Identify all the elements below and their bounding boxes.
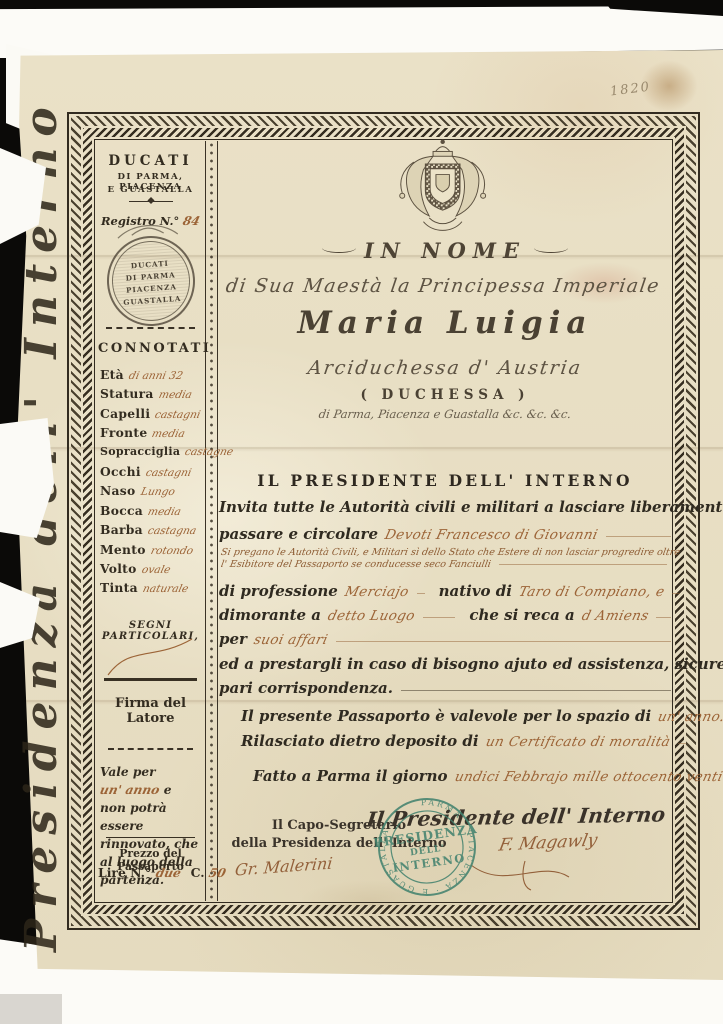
- connotati-value: media: [147, 506, 183, 518]
- connotati-row: Tintanaturale: [100, 580, 203, 599]
- president-signature: F. Magawly: [497, 830, 599, 855]
- ducal-seal: DUCATI DI PARMA PIACENZA GUASTALLA: [104, 233, 198, 329]
- connotati-label: Mento: [100, 542, 146, 557]
- vale-handwritten: un' anno: [98, 781, 162, 799]
- thick-rule: [104, 678, 197, 681]
- sovereign-name: Maria Luigia: [219, 305, 671, 341]
- connotati-row: Barbacastagna: [100, 522, 203, 541]
- connotati-label: Capelli: [100, 406, 150, 421]
- rule-line: [499, 564, 667, 565]
- dashed-rule: [106, 327, 195, 329]
- passare-label: passare e circolare: [219, 525, 378, 543]
- connotati-label: Naso: [100, 483, 136, 498]
- per-value-handwritten: suoi affari: [252, 632, 329, 648]
- coat-of-arms-crest: [385, 137, 501, 241]
- in-nome-heading: IN NOME: [219, 238, 671, 263]
- invitation-line-1: Invita tutte le Autorità civili e milita…: [219, 498, 671, 516]
- connotati-value: naturale: [142, 583, 190, 595]
- presidenza-stamp: PARMA · PIACENZA · E GUASTALLA · PRESIDE…: [373, 793, 481, 901]
- connotati-label: Fronte: [100, 425, 147, 440]
- handwritten-clause-1: Si pregano le Autorità Civili, e Militar…: [220, 547, 668, 558]
- connotati-value: di anni 32: [128, 370, 185, 382]
- swash-ornament: [322, 243, 356, 253]
- connotati-row: Frontemedia: [100, 425, 203, 444]
- main-column: IN NOME di Sua Maestà la Principessa Imp…: [219, 141, 671, 903]
- rule-line: [656, 617, 671, 618]
- connotati-value: Lungo: [139, 486, 176, 498]
- archduchess-line: Arciduchessa d' Austria: [217, 357, 672, 379]
- lire-label: Lire N.°: [98, 865, 151, 880]
- fatto-label: Fatto a Parma il giorno: [253, 767, 448, 785]
- assistance-line-1: ed a prestargli in caso di bisogno ajuto…: [219, 655, 671, 673]
- connotati-label: Occhi: [100, 464, 141, 479]
- connotati-label: Sopracciglia: [100, 445, 180, 458]
- assistance-line-2: pari corrispondenza.: [219, 679, 671, 697]
- territories-line: di Parma, Piacenza e Guastalla &c. &c. &…: [218, 407, 672, 421]
- sidebar-connotati-column: DUCATI DI PARMA, PIACENZA E GUASTALLA Re…: [98, 141, 203, 903]
- deposit-row: Rilasciato dietro deposito di un Certifi…: [219, 732, 671, 750]
- connotati-row: Boccamedia: [100, 503, 203, 522]
- connotati-label: Bocca: [100, 503, 143, 518]
- connotati-row: NasoLungo: [100, 483, 203, 502]
- reca-label: che si reca a: [469, 606, 574, 624]
- professione-label: di professione: [219, 582, 338, 600]
- professione-value-handwritten: Merciajo: [343, 584, 410, 600]
- duchy-title: DUCATI: [98, 153, 203, 169]
- passport-document: DUCATI DI PARMA, PIACENZA E GUASTALLA Re…: [67, 112, 700, 930]
- rule-line: [678, 743, 686, 744]
- connotati-value: castagni: [144, 467, 192, 479]
- bearer-line: passare e circolare Devoti Francesco di …: [219, 525, 671, 543]
- connotati-label: Barba: [100, 522, 143, 537]
- valevole-value-handwritten: un' anno.: [656, 709, 723, 725]
- signature-flourish-icon: [465, 857, 575, 893]
- connotati-row: Staturamedia: [100, 386, 203, 405]
- connotati-row: Mentorotondo: [100, 542, 203, 561]
- sovereign-line: di Sua Maestà la Principessa Imperiale: [209, 275, 676, 297]
- rilasciato-value-handwritten: un Certificato di moralità: [484, 734, 672, 750]
- pen-flourish-icon: [102, 635, 198, 677]
- torn-backing-sheet-top: [0, 6, 723, 58]
- firma-del-latore-label: Firma del Latore: [98, 696, 203, 726]
- rule-line: [336, 641, 671, 642]
- connotati-title: CONNOTATI: [98, 341, 203, 356]
- purpose-row: per suoi affari: [219, 630, 671, 648]
- connotati-value: media: [151, 428, 187, 440]
- connotati-value: castagna: [147, 525, 198, 537]
- president-interior-heading: IL PRESIDENTE DELL' INTERNO: [219, 471, 671, 490]
- connotati-label: Tinta: [100, 580, 138, 595]
- connotati-row: Voltoovale: [100, 561, 203, 580]
- rule-line: [417, 593, 425, 594]
- profession-row: di professione Merciajo nativo di Taro d…: [219, 582, 671, 600]
- cent-label: C.: [191, 865, 205, 880]
- thin-rule: [106, 837, 195, 838]
- secretary-signature: Gr. Malerini: [234, 854, 333, 880]
- swash-ornament: [534, 243, 568, 253]
- column-divider-ornament: [205, 141, 218, 901]
- bearer-name-handwritten: Devoti Francesco di Giovanni: [383, 527, 599, 543]
- connotati-label: Età: [100, 367, 124, 382]
- lire-value-handwritten: due: [154, 866, 182, 880]
- vale-printed: Vale per: [100, 765, 156, 779]
- connotati-row: Etàdi anni 32: [100, 367, 203, 386]
- connotati-label: Statura: [100, 386, 154, 401]
- diamond-ornament: [129, 201, 173, 207]
- connotati-list: Etàdi anni 32 Staturamedia Capellicastag…: [100, 367, 203, 600]
- rule-line: [401, 690, 671, 691]
- rule-line: [423, 617, 455, 618]
- connotati-value: rotondo: [149, 545, 194, 557]
- dimorante-value-handwritten: detto Luogo: [326, 608, 417, 624]
- connotati-value: castagni: [154, 409, 202, 421]
- handwritten-clause-2: l' Esibitore del Passaporto se conducess…: [220, 559, 668, 570]
- dimorante-label: dimorante a: [219, 606, 321, 624]
- per-label: per: [219, 630, 247, 648]
- connotati-row: Occhicastagni: [100, 464, 203, 483]
- connotati-label: Volto: [100, 561, 137, 576]
- prezzo-line: Lire N.° due C. 50: [98, 865, 203, 880]
- nativo-value-handwritten: Taro di Compiano, e: [517, 584, 666, 600]
- connotati-value: media: [157, 389, 193, 401]
- issue-date-row: Fatto a Parma il giorno undici Febbrajo …: [219, 767, 671, 785]
- rilasciato-label: Rilasciato dietro deposito di: [241, 732, 479, 750]
- wavy-ornament: [108, 745, 193, 750]
- connotati-value: ovale: [140, 564, 171, 576]
- scanned-passport-page: Presidenza dell' Interno 1820 DUCATI DI …: [0, 0, 723, 1024]
- connotati-row: Capellicastagni: [100, 406, 203, 425]
- nativo-label: nativo di: [439, 582, 512, 600]
- invita-text: Invita tutte le Autorità civili e milita…: [219, 498, 723, 516]
- fatto-value-handwritten: undici Febbrajo mille ottocento venti: [453, 769, 723, 785]
- valevole-label: Il presente Passaporto è valevole per lo…: [241, 707, 651, 725]
- rule-line: [606, 536, 671, 537]
- residence-row: dimorante a detto Luogo che si reca a d …: [219, 606, 671, 624]
- duchy-subtitle-2: E GUASTALLA: [98, 185, 203, 195]
- scan-corner-strip: [0, 994, 62, 1024]
- rule-line: [672, 593, 680, 594]
- reca-value-handwritten: d Amiens: [580, 608, 650, 624]
- in-nome-text: IN NOME: [364, 238, 526, 263]
- duchess-line: ( DUCHESSA ): [219, 387, 671, 403]
- connotati-row: Sopraccigliacastagne: [100, 445, 203, 464]
- validity-row: Il presente Passaporto è valevole per lo…: [219, 707, 671, 725]
